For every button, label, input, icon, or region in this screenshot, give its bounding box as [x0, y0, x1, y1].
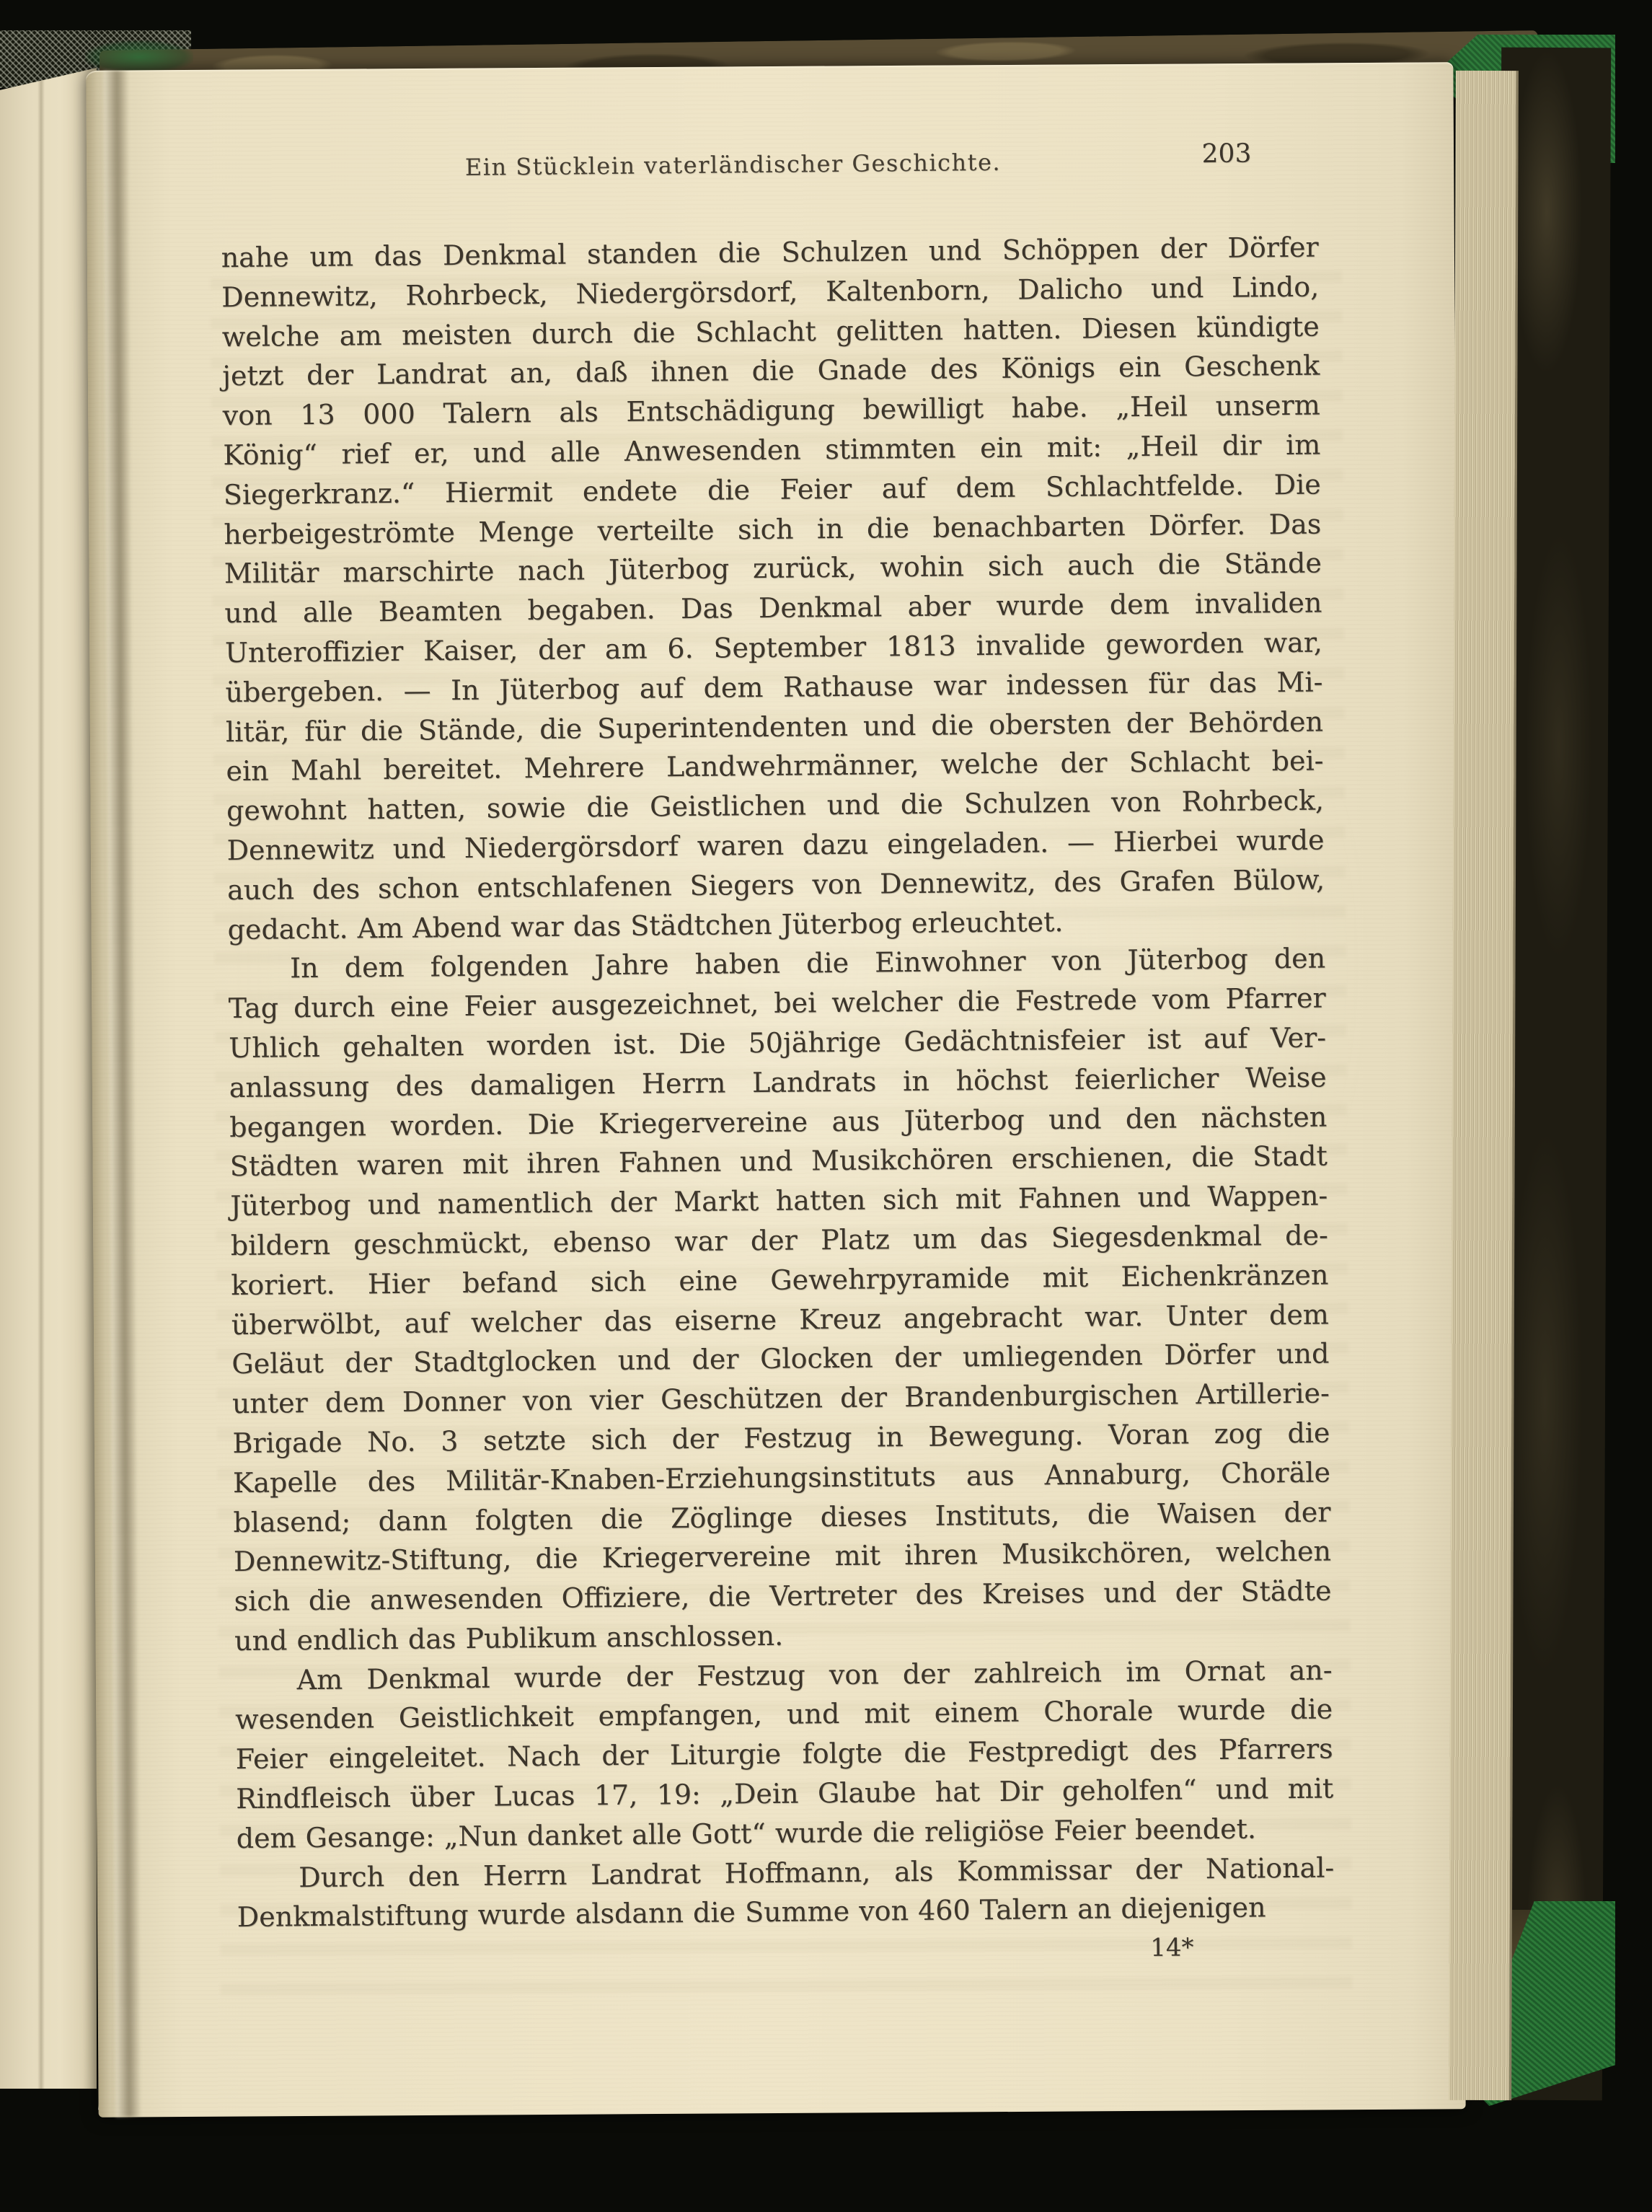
page-crease: [37, 68, 45, 2089]
running-title: Ein Stücklein vaterländischer Geschichte…: [184, 146, 1281, 184]
previous-page-edge: [0, 68, 97, 2089]
printed-page-content: Ein Stücklein vaterländischer Geschichte…: [89, 55, 1476, 2115]
page-number: 203: [1201, 138, 1251, 169]
body-text: nahe um das Denkmal standen die Schulzen…: [221, 228, 1335, 1978]
page-header: Ein Stücklein vaterländischer Geschichte…: [220, 146, 1317, 193]
